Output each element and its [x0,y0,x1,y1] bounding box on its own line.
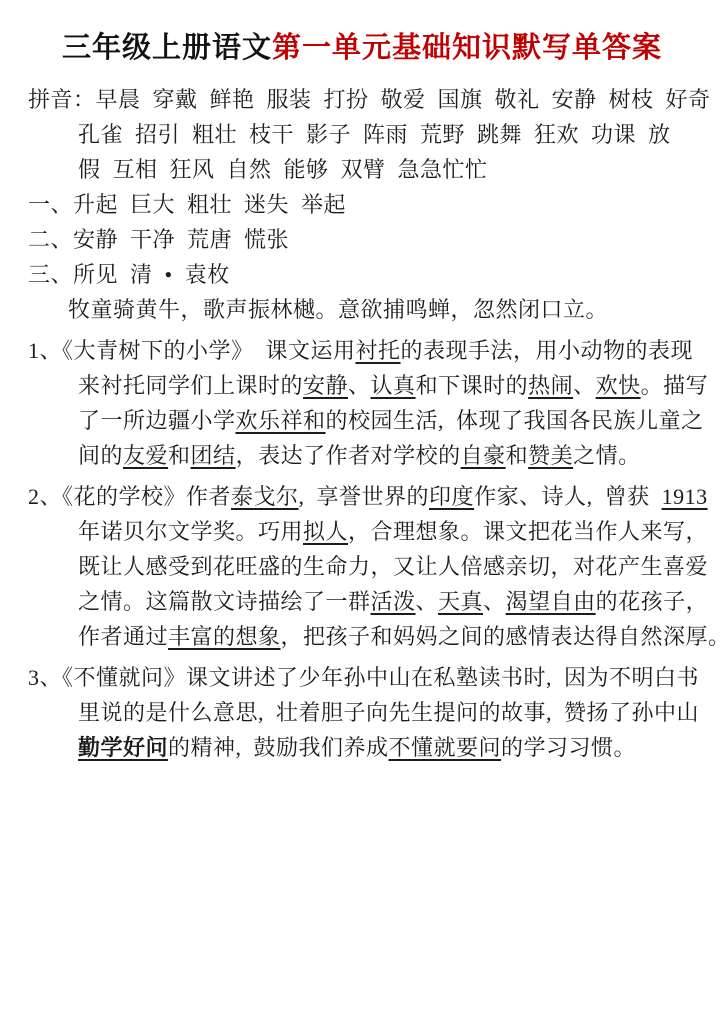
item-2-line-3-segment: 既让人感受到花旺盛的生命力，又让人倍感亲切，对花产生喜爱 [78,554,708,579]
pinyin-line-1-segment: 拼音：早晨 穿戴 鲜艳 服装 打扮 敬爱 国旗 敬礼 安静 树枝 好奇 [28,87,711,112]
section-1-line-segment: 一、升起 巨大 粗壮 迷失 举起 [28,192,346,217]
section-1-line: 一、升起 巨大 粗壮 迷失 举起 [28,187,696,222]
item-1-line-2-segment: 认真 [371,373,416,398]
item-1-line-2-segment: 。描写 [641,373,709,398]
item-2-line-4-segment: 、 [483,589,506,614]
pinyin-line-3-segment: 假 互相 狂风 自然 能够 双臂 急急忙忙 [78,157,488,182]
poem-line-segment: 牧童骑黄牛，歌声振林樾。意欲捕鸣蝉，忽然闭口立。 [68,297,608,322]
item-2-line-1-segment: 泰戈尔 [231,484,299,509]
item-2-line-5-segment: ，把孩子和妈妈之间的感情表达得自然深厚。 [281,624,724,649]
poem-line: 牧童骑黄牛，歌声振林樾。意欲捕鸣蝉，忽然闭口立。 [28,292,696,327]
section-3-line: 三、所见 清 • 袁枚 [28,257,696,292]
document-body: 拼音：早晨 穿戴 鲜艳 服装 打扮 敬爱 国旗 敬礼 安静 树枝 好奇孔雀 招引… [28,82,696,765]
pinyin-line-1: 拼音：早晨 穿戴 鲜艳 服装 打扮 敬爱 国旗 敬礼 安静 树枝 好奇 [28,82,696,117]
item-2-line-3: 既让人感受到花旺盛的生命力，又让人倍感亲切，对花产生喜爱 [28,549,696,584]
page-title-course: 三年级上册语文 [62,32,272,64]
item-3-line-3-segment: 的精神, 鼓励我们养成 [168,735,389,760]
item-2-line-5: 作者通过丰富的想象，把孩子和妈妈之间的感情表达得自然深厚。 [28,619,696,654]
section-2-line-segment: 二、安静 干净 荒唐 慌张 [28,227,289,252]
item-2-line-4-segment: 天真 [438,589,483,614]
item-1-line-4-segment: 友爱 [123,443,168,468]
item-2-line-4-segment: 之情。这篇散文诗描绘了一群 [78,589,371,614]
item-1-line-4-segment: 团结 [191,443,236,468]
item-2-line-2: 年诺贝尔文学奖。巧用拟人，合理想象。课文把花当作人来写， [28,514,696,549]
item-1-line-4-segment: 之情。 [573,443,641,468]
item-3-line-3-segment: 不懂就要问 [389,735,502,760]
item-3-line-2: 里说的是什么意思, 壮着胆子向先生提问的故事, 赞扬了孙中山 [28,695,696,730]
item-2-line-1-segment: 印度 [429,484,474,509]
item-3-line-3-segment: 勤学好问 [78,735,168,760]
item-1-line-2-segment: 来衬托同学们上课时的 [78,373,303,398]
item-1-line-4-segment: 和 [168,443,191,468]
item-1-line-4-segment: 赞美 [528,443,573,468]
document-page: 三年级上册语文第一单元基础知识默写单答案 拼音：早晨 穿戴 鲜艳 服装 打扮 敬… [0,0,724,1024]
item-2-line-1-segment: , 享誉世界的 [299,484,430,509]
item-1-line-4-segment: 自豪 [461,443,506,468]
item-3-line-3-segment: 的学习习惯。 [501,735,636,760]
pinyin-line-2-segment: 孔雀 招引 粗壮 枝干 影子 阵雨 荒野 跳舞 狂欢 功课 放 [78,122,671,147]
page-title: 三年级上册语文第一单元基础知识默写单答案 [28,30,696,66]
item-1-line-1-segment: 衬托 [356,338,401,363]
item-1-line-4-segment: ，表达了作者对学校的 [236,443,461,468]
item-3-line-1-segment: 3、《不懂就问》课文讲述了少年孙中山在私塾读书时, 因为不明白书 [28,665,699,690]
item-2-line-4-segment: 、 [416,589,439,614]
item-2-line-1-segment: 1913 [662,484,708,509]
item-1-line-2-segment: 欢快 [596,373,641,398]
item-2-line-1-segment: 作家、诗人, 曾获 [474,484,662,509]
item-1-line-4-segment: 和 [506,443,529,468]
item-2-line-5-segment: 丰富的想象 [168,624,281,649]
item-2-line-4: 之情。这篇散文诗描绘了一群活泼、天真、渴望自由的花孩子， [28,584,696,619]
item-1-line-1-segment: 的表现手法，用小动物的表现 [401,338,694,363]
item-2-line-2-segment: 拟人 [303,519,348,544]
item-1-line-2-segment: 、 [573,373,596,398]
item-1-line-2: 来衬托同学们上课时的安静、认真和下课时的热闹、欢快。描写 [28,368,696,403]
item-1-line-3-segment: 了一所边疆小学 [78,408,236,433]
item-1-line-2-segment: 热闹 [528,373,573,398]
item-2-line-1: 2、《花的学校》作者泰戈尔, 享誉世界的印度作家、诗人, 曾获 1913 [28,479,696,514]
item-3-line-2-segment: 里说的是什么意思, 壮着胆子向先生提问的故事, 赞扬了孙中山 [78,700,699,725]
item-1-line-4: 间的友爱和团结，表达了作者对学校的自豪和赞美之情。 [28,438,696,473]
item-1-line-1: 1、《大青树下的小学》 课文运用衬托的表现手法，用小动物的表现 [28,333,696,368]
item-1-line-1-segment: 1、《大青树下的小学》 课文运用 [28,338,356,363]
pinyin-line-2: 孔雀 招引 粗壮 枝干 影子 阵雨 荒野 跳舞 狂欢 功课 放 [28,117,696,152]
item-2-line-4-segment: 活泼 [371,589,416,614]
item-3-line-3: 勤学好问的精神, 鼓励我们养成不懂就要问的学习习惯。 [28,730,696,765]
item-1-line-2-segment: 、 [348,373,371,398]
item-2-line-2-segment: 年诺贝尔文学奖。巧用 [78,519,303,544]
item-3-line-1: 3、《不懂就问》课文讲述了少年孙中山在私塾读书时, 因为不明白书 [28,660,696,695]
item-1-line-3: 了一所边疆小学欢乐祥和的校园生活, 体现了我国各民族儿童之 [28,403,696,438]
item-2-line-4-segment: 渴望自由 [506,589,596,614]
item-2-line-5-segment: 作者通过 [78,624,168,649]
item-1-line-3-segment: 欢乐祥和 [236,408,326,433]
item-1-line-3-segment: 的校园生活, 体现了我国各民族儿童之 [326,408,704,433]
pinyin-line-3: 假 互相 狂风 自然 能够 双臂 急急忙忙 [28,152,696,187]
item-2-line-4-segment: 的花孩子， [596,589,709,614]
item-1-line-2-segment: 安静 [303,373,348,398]
page-title-unit: 第一单元基础知识默写单答案 [272,32,662,64]
section-2-line: 二、安静 干净 荒唐 慌张 [28,222,696,257]
item-2-line-1-segment: 2、《花的学校》作者 [28,484,231,509]
item-1-line-4-segment: 间的 [78,443,123,468]
item-1-line-2-segment: 和下课时的 [416,373,529,398]
item-2-line-2-segment: ，合理想象。课文把花当作人来写， [348,519,708,544]
section-3-line-segment: 三、所见 清 • 袁枚 [28,262,230,287]
